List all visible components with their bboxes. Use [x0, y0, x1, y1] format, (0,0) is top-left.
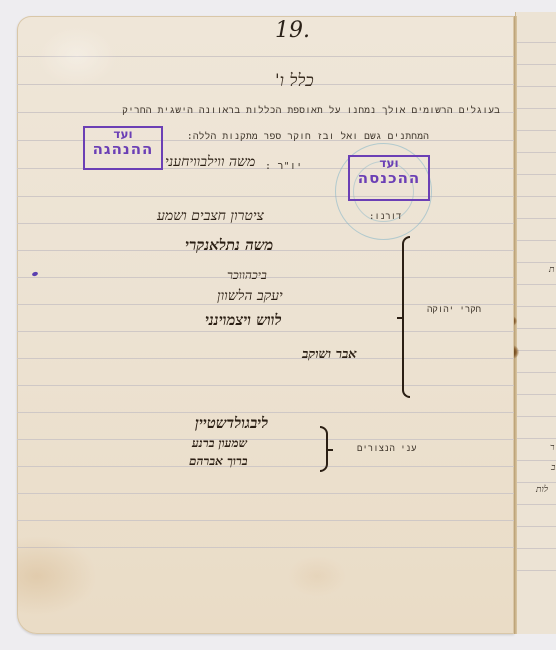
audit-label: חקרי יהוקה	[427, 305, 481, 315]
facing-page: ת ר ב לות	[515, 12, 556, 634]
member-signature: ביכהווכר	[227, 268, 267, 283]
stamp-assembly-committee: ועד ההכנסה	[348, 155, 430, 201]
right-page-fragment: ת	[549, 264, 555, 275]
bracket-control-group	[402, 236, 410, 398]
stamp-management-committee: ועד ההנהגה	[83, 126, 163, 170]
right-page-fragment: לות	[536, 484, 548, 495]
auditor-signature: שמעון ברנע	[192, 436, 247, 451]
stamp-line-2: ההנהגה	[85, 141, 161, 158]
typed-line-1: בעוגלים הרשומים אולך נמחנו על תאוספת הכל…	[122, 105, 500, 116]
chair-signature: משה ווילבוויחעני	[165, 154, 255, 171]
auditors-label: עני הנצורים	[357, 444, 416, 454]
chair-label: יו"ר :	[265, 161, 302, 173]
typed-line-2: המחתנים גשם ואל ובז חוקר ספר מתקנות הללה…	[187, 131, 429, 142]
member-signature: יעקב הלשוון	[217, 288, 283, 305]
right-page-fragment: ר	[550, 442, 554, 453]
page-number: 19.	[275, 18, 310, 43]
member-signature: אבר ושוקב	[302, 346, 357, 362]
auditor-signature: ברוך אברהם	[189, 454, 248, 469]
member-signature: משה נתלאנקרי	[185, 236, 273, 255]
member-signature: לווש ויצמוינני	[205, 311, 282, 330]
member-signature: ציטרון חצבים ושמע	[157, 208, 264, 225]
right-page-fragment: ב	[551, 462, 555, 473]
notebook-scene: ת ר ב לות 19. כלל ו' בעוגלים הרשומים אול…	[0, 0, 556, 650]
section-heading: כלל ו'	[275, 71, 314, 91]
bracket-auditors	[320, 426, 328, 472]
auditor-signature: ליבגולדשטיין	[195, 414, 268, 433]
notebook-page: 19. כלל ו' בעוגלים הרשומים אולך נמחנו על…	[17, 16, 514, 634]
members-label: דורנו:	[369, 212, 401, 222]
stamp-line-2: ההכנסה	[350, 170, 428, 187]
